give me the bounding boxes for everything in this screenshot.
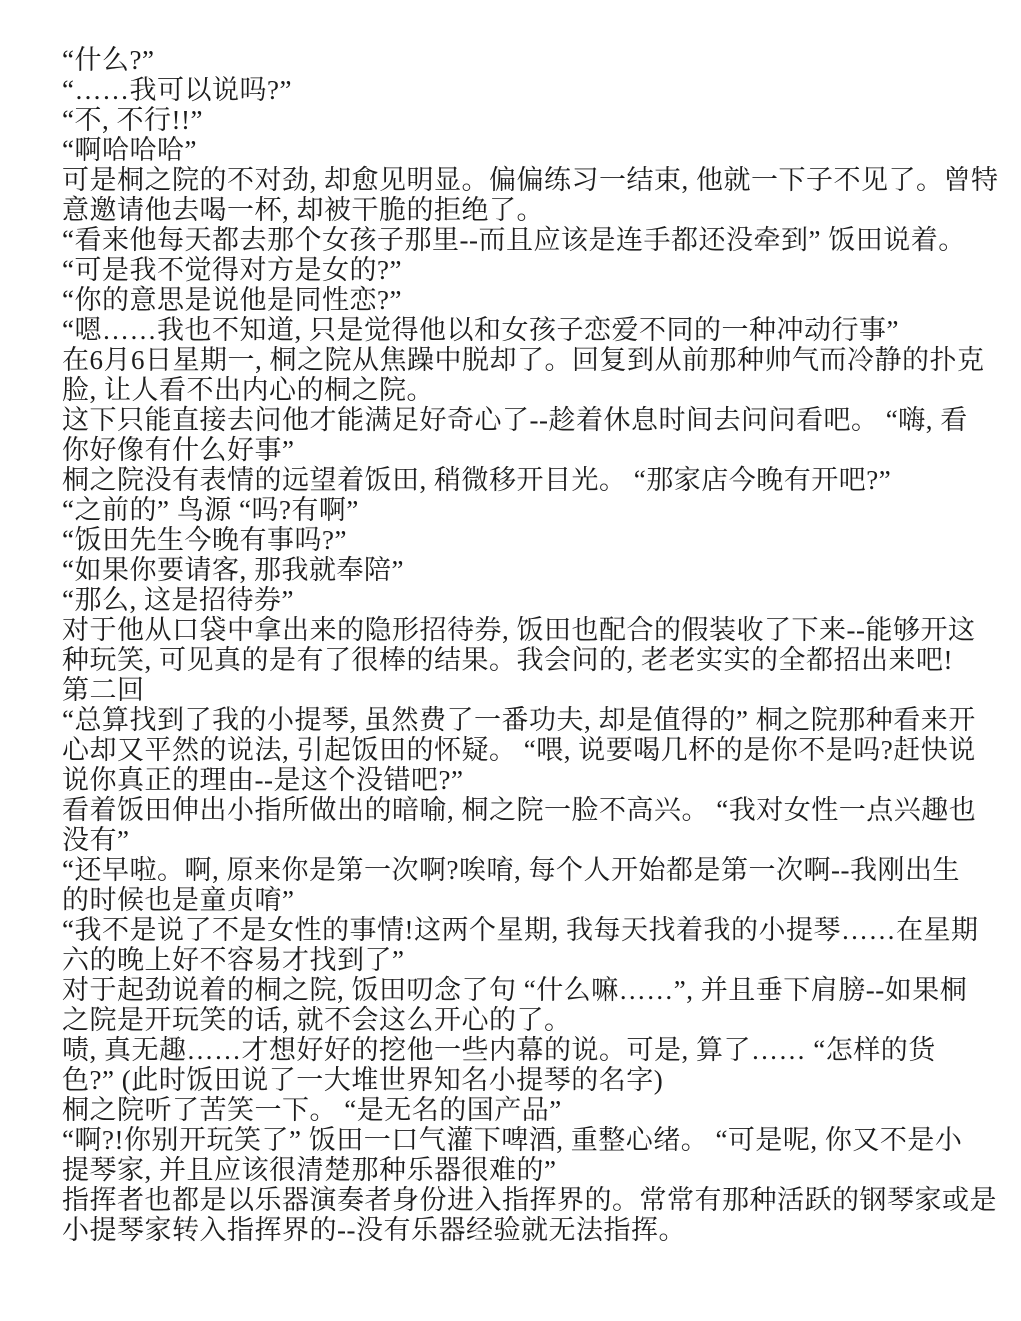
text-line: 提琴家, 并且应该很清楚那种乐器很难的” xyxy=(62,1155,969,1185)
text-line: “总算找到了我的小提琴, 虽然费了一番功夫, 却是值得的” 桐之院那种看来开 xyxy=(62,705,969,735)
text-line: “饭田先生今晚有事吗?” xyxy=(62,525,969,555)
text-line: 心却又平然的说法, 引起饭田的怀疑。 “喂, 说要喝几杯的是你不是吗?赶快说 xyxy=(62,735,969,765)
text-line: “你的意思是说他是同性恋?” xyxy=(62,285,969,315)
document-page: “什么?”“……我可以说吗?”“不, 不行!!”“啊哈哈哈”可是桐之院的不对劲,… xyxy=(0,0,1021,1321)
text-line: 没有” xyxy=(62,825,969,855)
text-line: 六的晚上好不容易才找到了” xyxy=(62,945,969,975)
text-line: 桐之院没有表情的远望着饭田, 稍微移开目光。 “那家店今晚有开吧?” xyxy=(62,465,969,495)
text-line: 在6月6日星期一, 桐之院从焦躁中脱却了。回复到从前那种帅气而冷静的扑克 xyxy=(62,345,969,375)
text-line: “……我可以说吗?” xyxy=(62,75,969,105)
text-line: 的时候也是童贞唷” xyxy=(62,885,969,915)
text-line: “不, 不行!!” xyxy=(62,105,969,135)
text-line: “可是我不觉得对方是女的?” xyxy=(62,255,969,285)
text-line: 小提琴家转入指挥界的--没有乐器经验就无法指挥。 xyxy=(62,1215,969,1245)
text-line: “啊哈哈哈” xyxy=(62,135,969,165)
text-line: 脸, 让人看不出内心的桐之院。 xyxy=(62,375,969,405)
text-line: 之院是开玩笑的话, 就不会这么开心的了。 xyxy=(62,1005,969,1035)
text-line: “啊?!你别开玩笑了” 饭田一口气灌下啤酒, 重整心绪。 “可是呢, 你又不是小 xyxy=(62,1125,969,1155)
text-line: 指挥者也都是以乐器演奏者身份进入指挥界的。常常有那种活跃的钢琴家或是 xyxy=(62,1185,969,1215)
text-line: 可是桐之院的不对劲, 却愈见明显。偏偏练习一结束, 他就一下子不见了。曾特 xyxy=(62,165,969,195)
text-line: “看来他每天都去那个女孩子那里--而且应该是连手都还没牵到” 饭田说着。 xyxy=(62,225,969,255)
text-line: 对于他从口袋中拿出来的隐形招待券, 饭田也配合的假装收了下来--能够开这 xyxy=(62,615,969,645)
text-line: “我不是说了不是女性的事情!这两个星期, 我每天找着我的小提琴……在星期 xyxy=(62,915,969,945)
text-line: “如果你要请客, 那我就奉陪” xyxy=(62,555,969,585)
text-line: 色?” (此时饭田说了一大堆世界知名小提琴的名字) xyxy=(62,1065,969,1095)
text-line: “嗯……我也不知道, 只是觉得他以和女孩子恋爱不同的一种冲动行事” xyxy=(62,315,969,345)
text-line: 意邀请他去喝一杯, 却被干脆的拒绝了。 xyxy=(62,195,969,225)
page-text: “什么?”“……我可以说吗?”“不, 不行!!”“啊哈哈哈”可是桐之院的不对劲,… xyxy=(62,45,969,1245)
text-line: 对于起劲说着的桐之院, 饭田叨念了句 “什么嘛……”, 并且垂下肩膀--如果桐 xyxy=(62,975,969,1005)
text-line: 第二回 xyxy=(62,675,969,705)
text-line: 啧, 真无趣……才想好好的挖他一些内幕的说。可是, 算了…… “怎样的货 xyxy=(62,1035,969,1065)
text-line: 这下只能直接去问他才能满足好奇心了--趁着休息时间去问问看吧。 “嗨, 看 xyxy=(62,405,969,435)
text-line: 桐之院听了苦笑一下。 “是无名的国产品” xyxy=(62,1095,969,1125)
text-line: “之前的” 鸟源 “吗?有啊” xyxy=(62,495,969,525)
text-line: “还早啦。啊, 原来你是第一次啊?唉唷, 每个人开始都是第一次啊--我刚出生 xyxy=(62,855,969,885)
text-line: 看着饭田伸出小指所做出的暗喻, 桐之院一脸不高兴。 “我对女性一点兴趣也 xyxy=(62,795,969,825)
text-line: 种玩笑, 可见真的是有了很棒的结果。我会问的, 老老实实的全都招出来吧! xyxy=(62,645,969,675)
text-line: “那么, 这是招待券” xyxy=(62,585,969,615)
text-line: 说你真正的理由--是这个没错吧?” xyxy=(62,765,969,795)
text-line: “什么?” xyxy=(62,45,969,75)
text-line: 你好像有什么好事” xyxy=(62,435,969,465)
